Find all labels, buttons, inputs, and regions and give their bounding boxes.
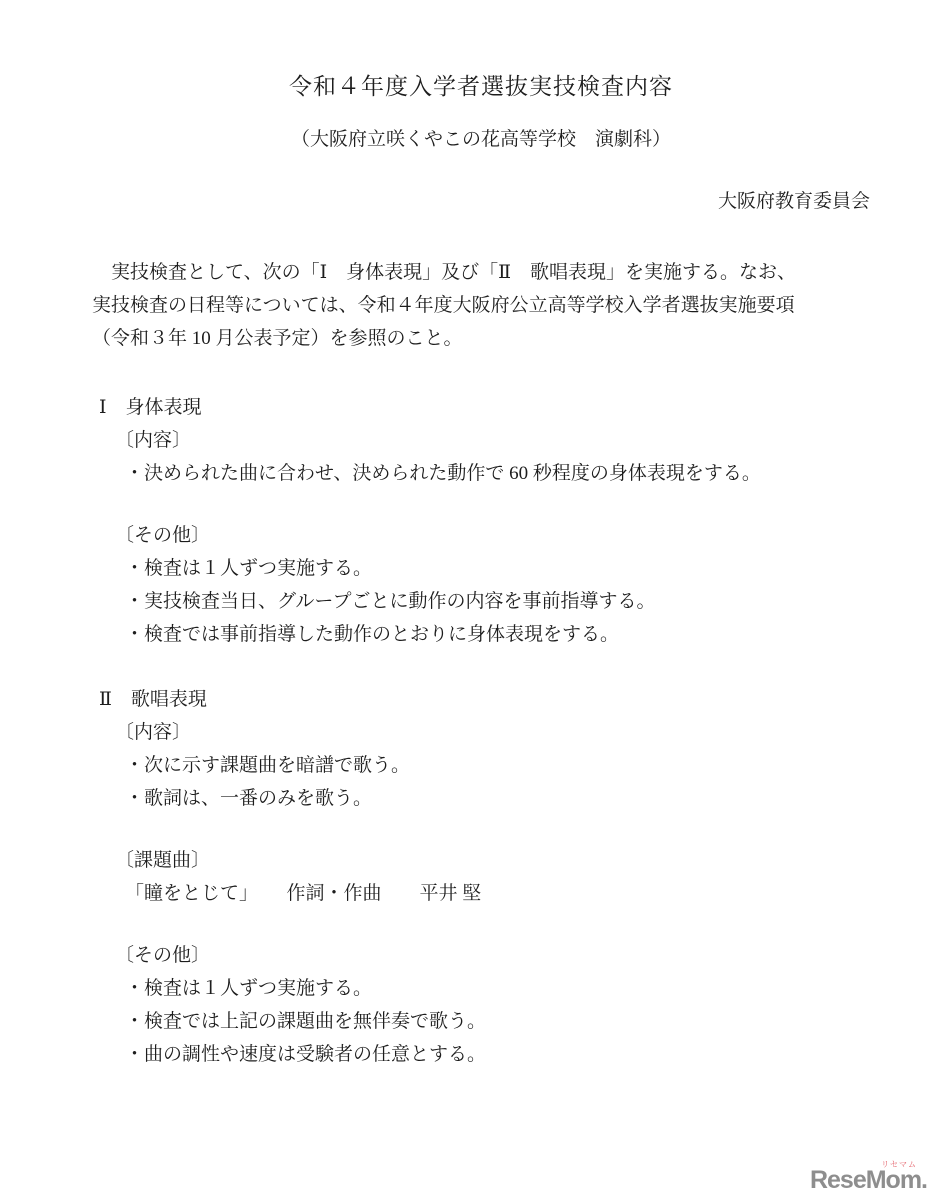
section1-content-label: 〔内容〕 [115,424,870,457]
intro-line-1: 実技検査として、次の「Ⅰ 身体表現」及び「Ⅱ 歌唱表現」を実施する。なお、 [92,256,870,289]
section1-other-item: ・実技検査当日、グループごとに動作の内容を事前指導する。 [125,585,870,618]
document-title: 令和４年度入学者選抜実技検査内容 [92,72,870,102]
resemom-logo: リセマム ReseMom. [810,1168,927,1193]
resemom-logo-ruby-text: リセマム [881,1161,917,1169]
section2-other-item: ・曲の調性や速度は受験者の任意とする。 [125,1038,870,1071]
document-content: 令和４年度入学者選抜実技検査内容 （大阪府立咲くやこの花高等学校 演劇科） 大阪… [0,0,933,1071]
section2-other-label: 〔その他〕 [115,939,870,972]
document-subtitle: （大阪府立咲くやこの花高等学校 演劇科） [92,126,870,154]
section2-content-item: ・歌詞は、一番のみを歌う。 [125,782,870,815]
section1-other-item: ・検査では事前指導した動作のとおりに身体表現をする。 [125,618,870,651]
intro-line-2: 実技検査の日程等については、令和４年度大阪府公立高等学校入学者選抜実施要項 [92,289,870,322]
section1-other-item: ・検査は１人ずつ実施する。 [125,552,870,585]
resemom-logo-wordmark: ReseMom. [810,1166,927,1194]
section2-heading: Ⅱ 歌唱表現 [99,683,870,716]
intro-line-3: （令和３年 10 月公表予定）を参照のこと。 [92,322,870,355]
document-page: 令和４年度入学者選抜実技検査内容 （大阪府立咲くやこの花高等学校 演劇科） 大阪… [0,0,933,1201]
section2-content-item: ・次に示す課題曲を暗譜で歌う。 [125,749,870,782]
intro-paragraph: 実技検査として、次の「Ⅰ 身体表現」及び「Ⅱ 歌唱表現」を実施する。なお、 実技… [92,256,870,355]
section1-other-label: 〔その他〕 [115,519,870,552]
section2-other-item: ・検査では上記の課題曲を無伴奏で歌う。 [125,1005,870,1038]
section2-other-item: ・検査は１人ずつ実施する。 [125,972,870,1005]
section1-heading: Ⅰ 身体表現 [99,391,870,424]
section2-song-line: 「瞳をとじて」 作詞・作曲 平井 堅 [125,877,870,910]
issuing-organization: 大阪府教育委員会 [92,188,870,216]
section2-song-label: 〔課題曲〕 [115,844,870,877]
section2-content-label: 〔内容〕 [115,716,870,749]
section1-content-item: ・決められた曲に合わせ、決められた動作で 60 秒程度の身体表現をする。 [125,457,870,490]
